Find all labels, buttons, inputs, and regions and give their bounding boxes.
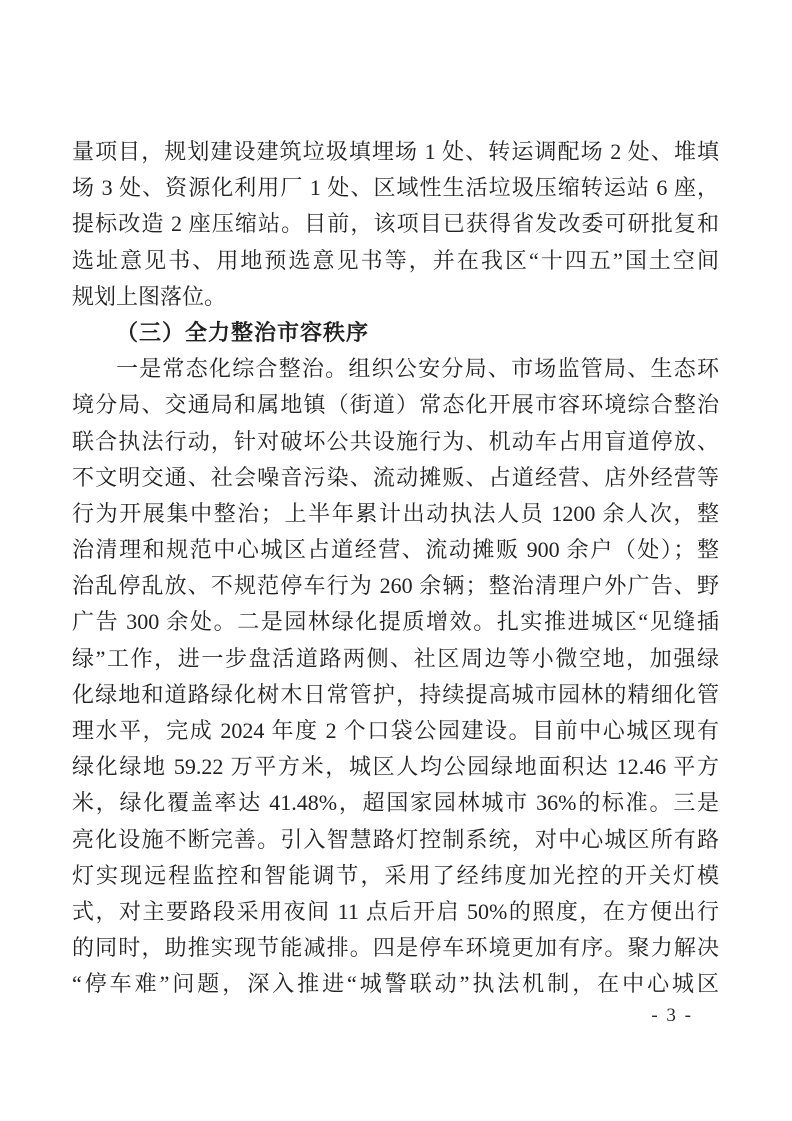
text-line: 式，对主要路段采用夜间 11 点后开启 50%的照度，在方便出行: [72, 894, 719, 930]
text-line: 境分局、交通局和属地镇（街道）常态化开展市容环境综合整治: [72, 387, 719, 423]
text-line: 理水平，完成 2024 年度 2 个口袋公园建设。目前中心城区现有: [72, 713, 719, 749]
text-line: 绿化绿地 59.22 万平方米，城区人均公园绿地面积达 12.46 平方: [72, 749, 719, 785]
text-line: 规划上图落位。: [72, 279, 719, 315]
section-heading: （三）全力整治市容秩序: [72, 315, 719, 351]
text-line: “停车难”问题，深入推进“城警联动”执法机制，在中心城区: [72, 966, 719, 1002]
text-line: 灯实现远程监控和智能调节，采用了经纬度加光控的开关灯模: [72, 858, 719, 894]
text-line: 化绿地和道路绿化树木日常管护，持续提高城市园林的精细化管: [72, 677, 719, 713]
page-number: - 3 -: [651, 1005, 693, 1027]
text-line: 绿”工作，进一步盘活道路两侧、社区周边等小微空地，加强绿: [72, 641, 719, 677]
text-line: 提标改造 2 座压缩站。目前，该项目已获得省发改委可研批复和: [72, 206, 719, 242]
text-line: 治乱停乱放、不规范停车行为 260 余辆；整治清理户外广告、野: [72, 568, 719, 604]
text-line: 联合执法行动，针对破坏公共设施行为、机动车占用盲道停放、: [72, 424, 719, 460]
text-line: 米，绿化覆盖率达 41.48%，超国家园林城市 36%的标准。三是: [72, 785, 719, 821]
text-line: 场 3 处、资源化利用厂 1 处、区域性生活垃圾压缩转运站 6 座，: [72, 170, 719, 206]
text-line: 的同时，助推实现节能减排。四是停车环境更加有序。聚力解决: [72, 930, 719, 966]
text-line: 广告 300 余处。二是园林绿化提质增效。扎实推进城区“见缝插: [72, 604, 719, 640]
document-body: 量项目，规划建设建筑垃圾填埋场 1 处、转运调配场 2 处、堆填场 3 处、资源…: [72, 134, 719, 1003]
text-line: 不文明交通、社会噪音污染、流动摊贩、占道经营、店外经营等: [72, 460, 719, 496]
document-page: 量项目，规划建设建筑垃圾填埋场 1 处、转运调配场 2 处、堆填场 3 处、资源…: [0, 0, 792, 1121]
text-line: 亮化设施不断完善。引入智慧路灯控制系统，对中心城区所有路: [72, 822, 719, 858]
text-line: 行为开展集中整治；上半年累计出动执法人员 1200 余人次，整: [72, 496, 719, 532]
text-line: 治清理和规范中心城区占道经营、流动摊贩 900 余户（处）；整: [72, 532, 719, 568]
text-line: 一是常态化综合整治。组织公安分局、市场监管局、生态环: [72, 351, 719, 387]
text-line: 量项目，规划建设建筑垃圾填埋场 1 处、转运调配场 2 处、堆填: [72, 134, 719, 170]
text-line: 选址意见书、用地预选意见书等，并在我区“十四五”国土空间: [72, 243, 719, 279]
